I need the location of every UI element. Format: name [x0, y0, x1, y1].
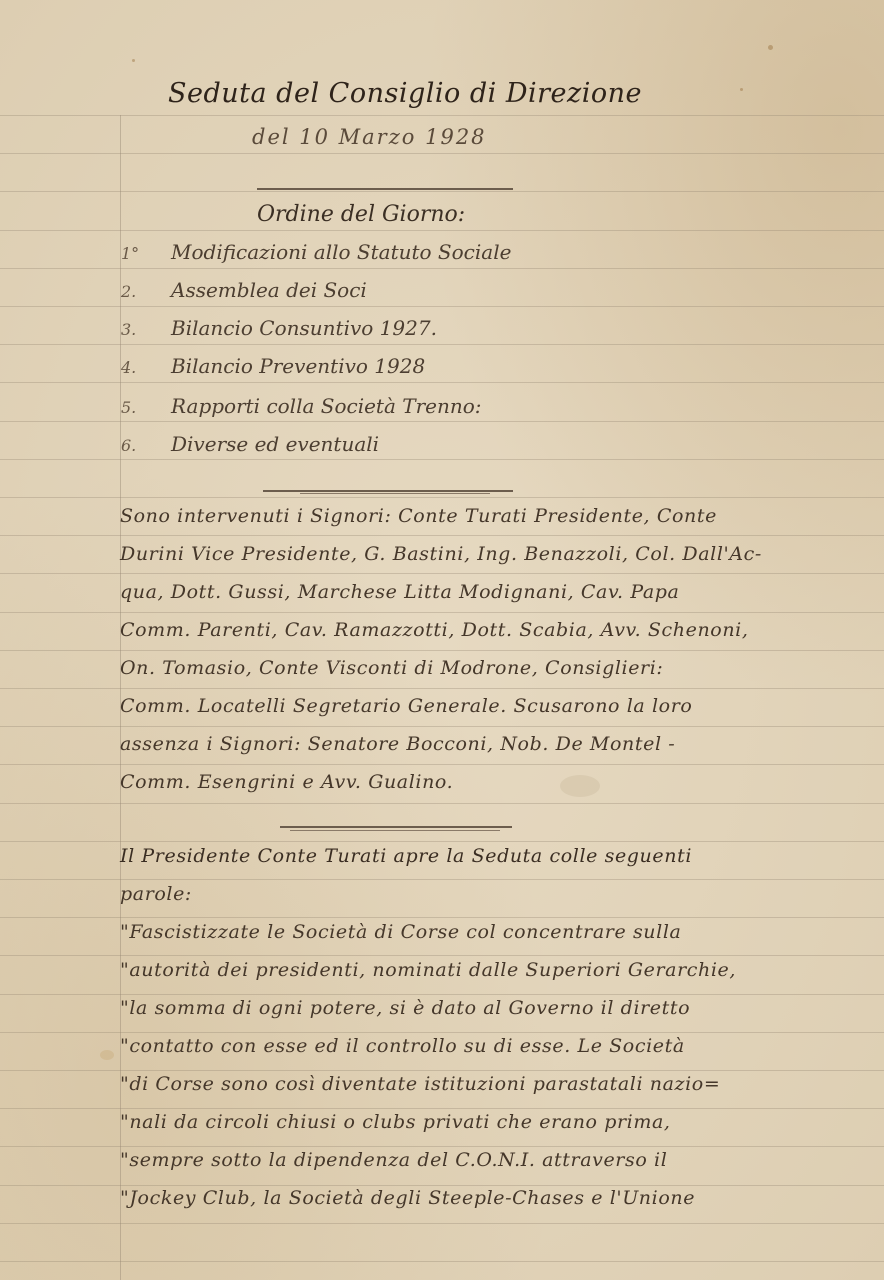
speech-line: "sempre sotto la dipendenza del C.O.N.I.… [120, 1149, 860, 1171]
ruled-line [0, 803, 884, 804]
agenda-item-text: Modificazioni allo Statuto Sociale [171, 240, 511, 264]
speech-line: "nali da circoli chiusi o clubs privati … [120, 1111, 860, 1133]
ruled-line [0, 497, 884, 498]
paper-stain [740, 88, 743, 91]
ruled-line [0, 573, 884, 574]
ruled-line [0, 230, 884, 231]
speech-line: "autorità dei presidenti, nominati dalle… [120, 959, 860, 981]
ruled-line [0, 764, 884, 765]
agenda-item-number: 4. [121, 358, 171, 377]
ruled-line [0, 1185, 884, 1186]
agenda-item-text: Diverse ed eventuali [171, 432, 379, 456]
ruled-line [0, 955, 884, 956]
speech-line: Il Presidente Conte Turati apre la Sedut… [120, 845, 860, 867]
speech-line: "Jockey Club, la Società degli Steeple-C… [120, 1187, 860, 1209]
ruled-line [0, 879, 884, 880]
agenda-item: 6.Diverse ed eventuali [121, 432, 379, 470]
attendance-line: assenza i Signori: Senatore Bocconi, Nob… [120, 733, 860, 755]
ruled-line [0, 650, 884, 651]
document-title: Seduta del Consiglio di Direzione [168, 78, 642, 109]
ruled-line [0, 917, 884, 918]
ruled-line [0, 115, 884, 116]
attendance-line: Sono intervenuti i Signori: Conte Turati… [120, 505, 860, 527]
attendance-line: Durini Vice Presidente, G. Bastini, Ing.… [120, 543, 860, 565]
document-date: del 10 Marzo 1928 [252, 125, 487, 149]
ruled-line [0, 1032, 884, 1033]
manuscript-page: Seduta del Consiglio di Direzione del 10… [0, 0, 884, 1280]
ruled-line [0, 841, 884, 842]
ruled-line [0, 1261, 884, 1262]
paper-stain [100, 1050, 114, 1060]
ruled-line [0, 153, 884, 154]
ruled-line [0, 994, 884, 995]
agenda-item-text: Assemblea dei Soci [171, 278, 367, 302]
divider-line [300, 493, 490, 494]
attendance-line: qua, Dott. Gussi, Marchese Litta Modigna… [120, 581, 860, 603]
agenda-heading: Ordine del Giorno: [257, 202, 465, 227]
divider-line [257, 188, 513, 190]
ruled-line [0, 535, 884, 536]
speech-line: parole: [120, 883, 860, 905]
attendance-line: Comm. Parenti, Cav. Ramazzotti, Dott. Sc… [120, 619, 860, 641]
agenda-item-number: 5. [121, 398, 171, 417]
agenda-item: 3.Bilancio Consuntivo 1927. [121, 316, 437, 354]
agenda-item: 1°Modificazioni allo Statuto Sociale [121, 240, 511, 278]
agenda-item-text: Bilancio Consuntivo 1927. [171, 316, 437, 340]
ruled-line [0, 1108, 884, 1109]
paper-stain [132, 59, 135, 62]
ruled-line [0, 1146, 884, 1147]
divider-line [280, 826, 512, 828]
attendance-line: On. Tomasio, Conte Visconti di Modrone, … [120, 657, 860, 679]
ruled-line [0, 1070, 884, 1071]
agenda-item-number: 1° [121, 244, 171, 263]
agenda-item-number: 6. [121, 436, 171, 455]
speech-line: "Fascistizzate le Società di Corse col c… [120, 921, 860, 943]
agenda-item: 4.Bilancio Preventivo 1928 [121, 354, 425, 392]
divider-line [290, 830, 500, 831]
ruled-line [0, 688, 884, 689]
attendance-line: Comm. Locatelli Segretario Generale. Scu… [120, 695, 860, 717]
agenda-item: 5.Rapporti colla Società Trenno: [121, 394, 482, 432]
agenda-item: 2.Assemblea dei Soci [121, 278, 367, 316]
speech-line: "contatto con esse ed il controllo su di… [120, 1035, 860, 1057]
ruled-line [0, 1223, 884, 1224]
agenda-item-text: Rapporti colla Società Trenno: [171, 394, 482, 418]
ruled-line [0, 191, 884, 192]
speech-line: "la somma di ogni potere, si è dato al G… [120, 997, 860, 1019]
agenda-item-text: Bilancio Preventivo 1928 [171, 354, 425, 378]
divider-line [263, 490, 513, 492]
agenda-item-number: 3. [121, 320, 171, 339]
paper-stain [768, 45, 773, 50]
ruled-line [0, 612, 884, 613]
agenda-item-number: 2. [121, 282, 171, 301]
attendance-line: Comm. Esengrini e Avv. Gualino. [120, 771, 860, 793]
ruled-line [0, 726, 884, 727]
speech-line: "di Corse sono così diventate istituzion… [120, 1073, 860, 1095]
